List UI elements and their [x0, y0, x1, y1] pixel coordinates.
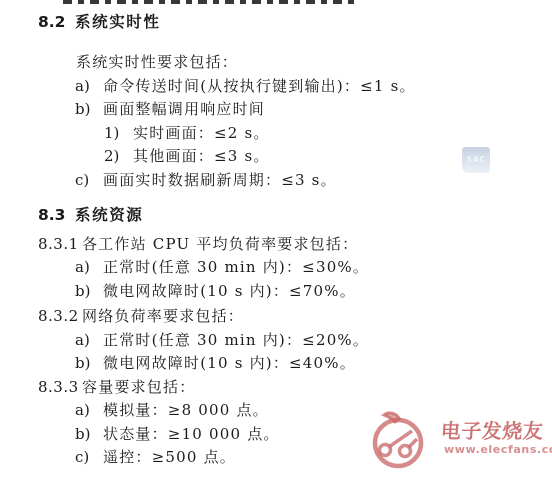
- elecfans-watermark: 电子发烧友 www.elecfans.com: [367, 407, 552, 477]
- list-item: b)状态量：≥10 000 点。: [75, 426, 280, 443]
- item-label: b): [75, 355, 103, 372]
- sac-watermark-badge: SAC: [462, 147, 490, 173]
- clause-text: 容量要求包括：: [82, 378, 195, 396]
- item-text: 正常时(任意 30 min 内)：≤20%。: [103, 331, 369, 349]
- item-text: 画面实时数据刷新周期：≤3 s。: [103, 171, 337, 189]
- list-item: b)微电网故障时(10 s 内)：≤70%。: [75, 283, 356, 300]
- item-label: b): [75, 426, 103, 443]
- list-item: a)命令传送时间(从按执行键到输出)：≤1 s。: [75, 78, 416, 95]
- list-item: a)正常时(任意 30 min 内)：≤30%。: [75, 259, 369, 276]
- document-page: 8.2系统实时性 系统实时性要求包括： a)命令传送时间(从按执行键到输出)：≤…: [0, 0, 552, 477]
- item-text: 正常时(任意 30 min 内)：≤30%。: [103, 258, 369, 276]
- list-item: c)画面实时数据刷新周期：≤3 s。: [75, 172, 337, 189]
- item-label: a): [75, 259, 103, 276]
- list-item: a)模拟量：≥8 000 点。: [75, 402, 269, 419]
- list-item: c)遥控：≥500 点。: [75, 449, 236, 466]
- paragraph: 系统实时性要求包括：: [76, 54, 238, 71]
- item-label: a): [75, 332, 103, 349]
- item-label: b): [75, 101, 103, 118]
- clause-number: 8.3.2: [38, 308, 82, 325]
- elecfans-url-text: www.elecfans.com: [444, 443, 552, 456]
- item-text: 画面整幅调用响应时间: [103, 100, 265, 118]
- sac-badge-label: SAC: [466, 155, 485, 164]
- item-text: 命令传送时间(从按执行键到输出)：≤1 s。: [103, 77, 416, 95]
- section-number: 8.3: [38, 207, 75, 224]
- item-label: a): [75, 78, 103, 95]
- item-label: a): [75, 402, 103, 419]
- section-title: 系统实时性: [75, 13, 161, 31]
- list-item: a)正常时(任意 30 min 内)：≤20%。: [75, 332, 369, 349]
- item-text: 状态量：≥10 000 点。: [103, 425, 280, 443]
- paragraph-text: 系统实时性要求包括：: [76, 53, 238, 71]
- sub-list-item: 2)其他画面：≤3 s。: [104, 148, 270, 165]
- item-text: 微电网故障时(10 s 内)：≤70%。: [103, 282, 356, 300]
- item-text: 模拟量：≥8 000 点。: [103, 401, 269, 419]
- item-text: 实时画面：≤2 s。: [133, 124, 270, 142]
- sub-list-item: 1)实时画面：≤2 s。: [104, 125, 270, 142]
- item-text: 微电网故障时(10 s 内)：≤40%。: [103, 354, 356, 372]
- section-heading: 8.3系统资源: [38, 207, 143, 224]
- list-item: b)画面整幅调用响应时间: [75, 101, 265, 118]
- item-text: 遥控：≥500 点。: [103, 448, 236, 466]
- section-title: 系统资源: [75, 206, 143, 224]
- item-label: 2): [104, 148, 133, 165]
- item-label: c): [75, 449, 103, 466]
- clause-heading: 8.3.1各工作站 CPU 平均负荷率要求包括：: [38, 236, 358, 253]
- section-number: 8.2: [38, 14, 75, 31]
- clause-text: 各工作站 CPU 平均负荷率要求包括：: [82, 235, 358, 253]
- item-label: c): [75, 172, 103, 189]
- clause-text: 网络负荷率要求包括：: [82, 307, 244, 325]
- item-label: 1): [104, 125, 133, 142]
- elecfans-brand-text: 电子发烧友: [440, 415, 546, 444]
- clipped-text-row: [63, 0, 357, 4]
- clause-number: 8.3.3: [38, 379, 82, 396]
- elecfans-logo-icon: [367, 407, 433, 473]
- list-item: b)微电网故障时(10 s 内)：≤40%。: [75, 355, 356, 372]
- clause-heading: 8.3.2网络负荷率要求包括：: [38, 308, 244, 325]
- clause-heading: 8.3.3容量要求包括：: [38, 379, 195, 396]
- clause-number: 8.3.1: [38, 236, 82, 253]
- item-text: 其他画面：≤3 s。: [133, 147, 270, 165]
- item-label: b): [75, 283, 103, 300]
- section-heading: 8.2系统实时性: [38, 14, 161, 31]
